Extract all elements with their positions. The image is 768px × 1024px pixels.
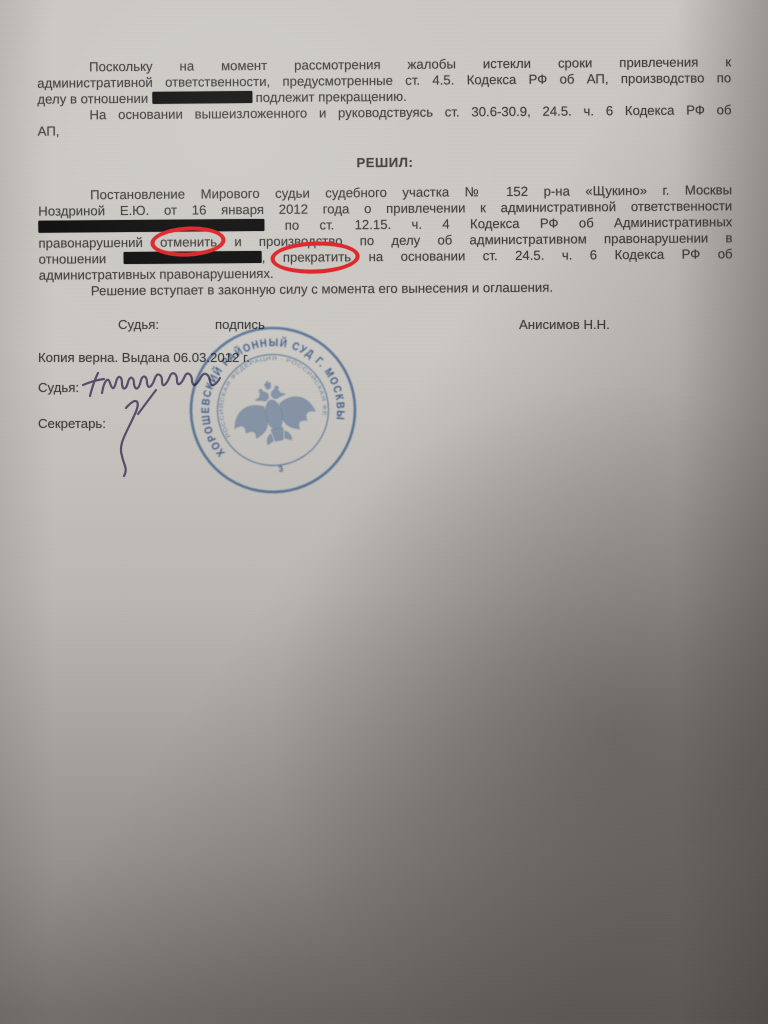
body-text: отношении [39, 251, 107, 267]
body-text: , [262, 250, 266, 265]
redaction-bar [152, 91, 252, 104]
body-text: административных правонарушениях. [39, 266, 274, 283]
redaction-bar [38, 219, 264, 233]
judge-label: Судья: [118, 317, 159, 332]
body-text: Решение вступает в законную силу с момен… [91, 280, 553, 299]
judge-name: Анисимов Н.Н. [519, 317, 610, 332]
body-text: правонарушений [38, 235, 142, 251]
photographed-court-document: Поскольку на момент рассмотрения жалобы … [0, 0, 768, 1024]
secretary-flourish-stroke [138, 390, 156, 414]
judge-label-2: Судья: [38, 380, 79, 395]
judge-signature-stroke [90, 373, 98, 396]
court-seal-icon: ХОРОШЕВСКИЙ РАЙОННЫЙ СУД Г. МОСКВЫ РОССИ… [170, 307, 376, 513]
body-text: подлежит прекращению. [256, 89, 407, 105]
body-text: на основании ст. 24.5. ч. 6 Кодекса РФ о… [368, 246, 732, 264]
decision-heading: РЕШИЛ: [38, 152, 732, 173]
body-text: АП, [38, 124, 60, 139]
document-text-block: Поскольку на момент рассмотрения жалобы … [37, 54, 733, 299]
secretary-flourish-stroke [121, 401, 138, 476]
body-text: делу в отношении [37, 91, 148, 107]
red-circle-annotation: отменить [160, 234, 217, 249]
red-circle-annotation: прекратить [283, 249, 351, 265]
double-headed-eagle-icon [227, 373, 320, 451]
